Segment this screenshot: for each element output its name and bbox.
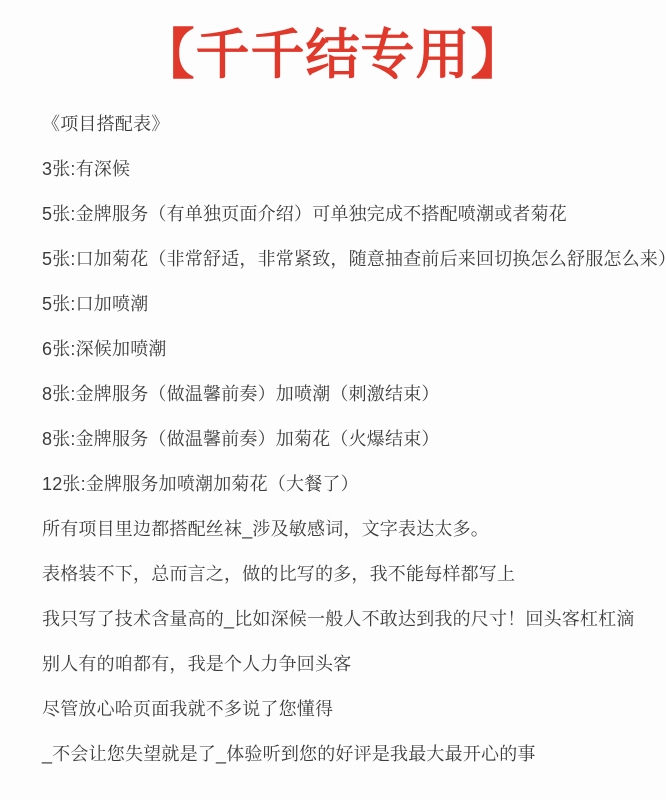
package-item: 8张:金牌服务（做温馨前奏）加菊花（火爆结束） bbox=[42, 427, 656, 451]
list-title: 《项目搭配表》 bbox=[42, 112, 656, 136]
document-body: 《项目搭配表》 3张:有深候 5张:金牌服务（有单独页面介绍）可单独完成不搭配喷… bbox=[42, 112, 656, 766]
note-line: 尽管放心哈页面我就不多说了您懂得 bbox=[42, 697, 656, 721]
note-line: 表格装不下，总而言之，做的比写的多，我不能每样都写上 bbox=[42, 562, 656, 586]
package-item: 3张:有深候 bbox=[42, 157, 656, 181]
package-item: 12张:金牌服务加喷潮加菊花（大餐了） bbox=[42, 472, 656, 496]
document-page: 【千千结专用】 《项目搭配表》 3张:有深候 5张:金牌服务（有单独页面介绍）可… bbox=[0, 0, 666, 800]
note-line: 别人有的咱都有，我是个人力争回头客 bbox=[42, 652, 656, 676]
note-line: 所有项目里边都搭配丝袜_涉及敏感词，文字表达太多。 bbox=[42, 517, 656, 541]
note-line: _不会让您失望就是了_体验听到您的好评是我最大最开心的事 bbox=[42, 742, 656, 766]
package-item: 5张:口加菊花（非常舒适，非常紧致，随意抽查前后来回切换怎么舒服怎么来） bbox=[42, 247, 656, 271]
note-line: 我只写了技术含量高的_比如深候一般人不敢达到我的尺寸！回头客杠杠滴 bbox=[42, 607, 656, 631]
page-title: 【千千结专用】 bbox=[42, 16, 624, 94]
package-item: 6张:深候加喷潮 bbox=[42, 337, 656, 361]
package-item: 5张:金牌服务（有单独页面介绍）可单独完成不搭配喷潮或者菊花 bbox=[42, 202, 656, 226]
package-item: 8张:金牌服务（做温馨前奏）加喷潮（刺激结束） bbox=[42, 382, 656, 406]
package-item: 5张:口加喷潮 bbox=[42, 292, 656, 316]
